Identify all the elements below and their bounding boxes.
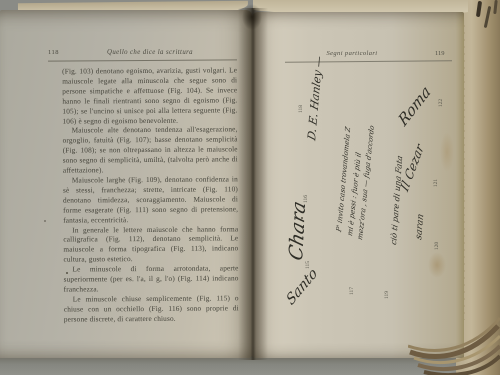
- paragraph: Maiuscole larghe (Fig. 109), denotano co…: [63, 174, 238, 225]
- left-page: 118 Quello che dice la scrittura (Fig. 1…: [0, 10, 252, 358]
- figure-number-118: 118: [298, 105, 304, 113]
- page-stack-curves: [408, 286, 500, 375]
- paragraph: In generale le lettere maiuscole che han…: [63, 224, 238, 265]
- figure-number-115: 115: [305, 261, 311, 269]
- paragraph: Le minuscole chiuse semplicemente (Fig. …: [64, 293, 239, 324]
- left-page-number: 118: [48, 49, 59, 56]
- figure-number-117: 117: [349, 287, 355, 295]
- left-running-title: Quello che dice la scrittura: [63, 49, 237, 56]
- paragraph: (Fig. 103) denotano egoismo, avarizia, g…: [62, 65, 237, 126]
- left-header-rule: [48, 59, 237, 61]
- book-photo: 118 Quello che dice la scrittura (Fig. 1…: [0, 0, 500, 375]
- figure-number-120: 120: [434, 242, 440, 250]
- handwriting-sample-fig-118: D. E. Hanley —: [305, 66, 324, 142]
- figure-number-116: 116: [303, 195, 309, 203]
- figure-number-119: 119: [384, 291, 390, 299]
- paragraph: Le minuscole di forma arrotondata, apert…: [63, 264, 238, 295]
- gutter-top-shadow: [242, 4, 262, 30]
- speck: [301, 217, 303, 219]
- speck: [44, 220, 46, 222]
- gutter-shadow: [238, 8, 268, 360]
- figure-number-122: 122: [438, 99, 444, 107]
- handwriting-sample-fig-116: Chara: [285, 149, 312, 263]
- figure-number-121: 121: [433, 179, 439, 187]
- speck: [66, 272, 68, 274]
- paragraph: Maiuscole alte denotano tendenza all'esa…: [63, 125, 238, 176]
- left-page-paragraphs: (Fig. 103) denotano egoismo, avarizia, g…: [62, 65, 239, 324]
